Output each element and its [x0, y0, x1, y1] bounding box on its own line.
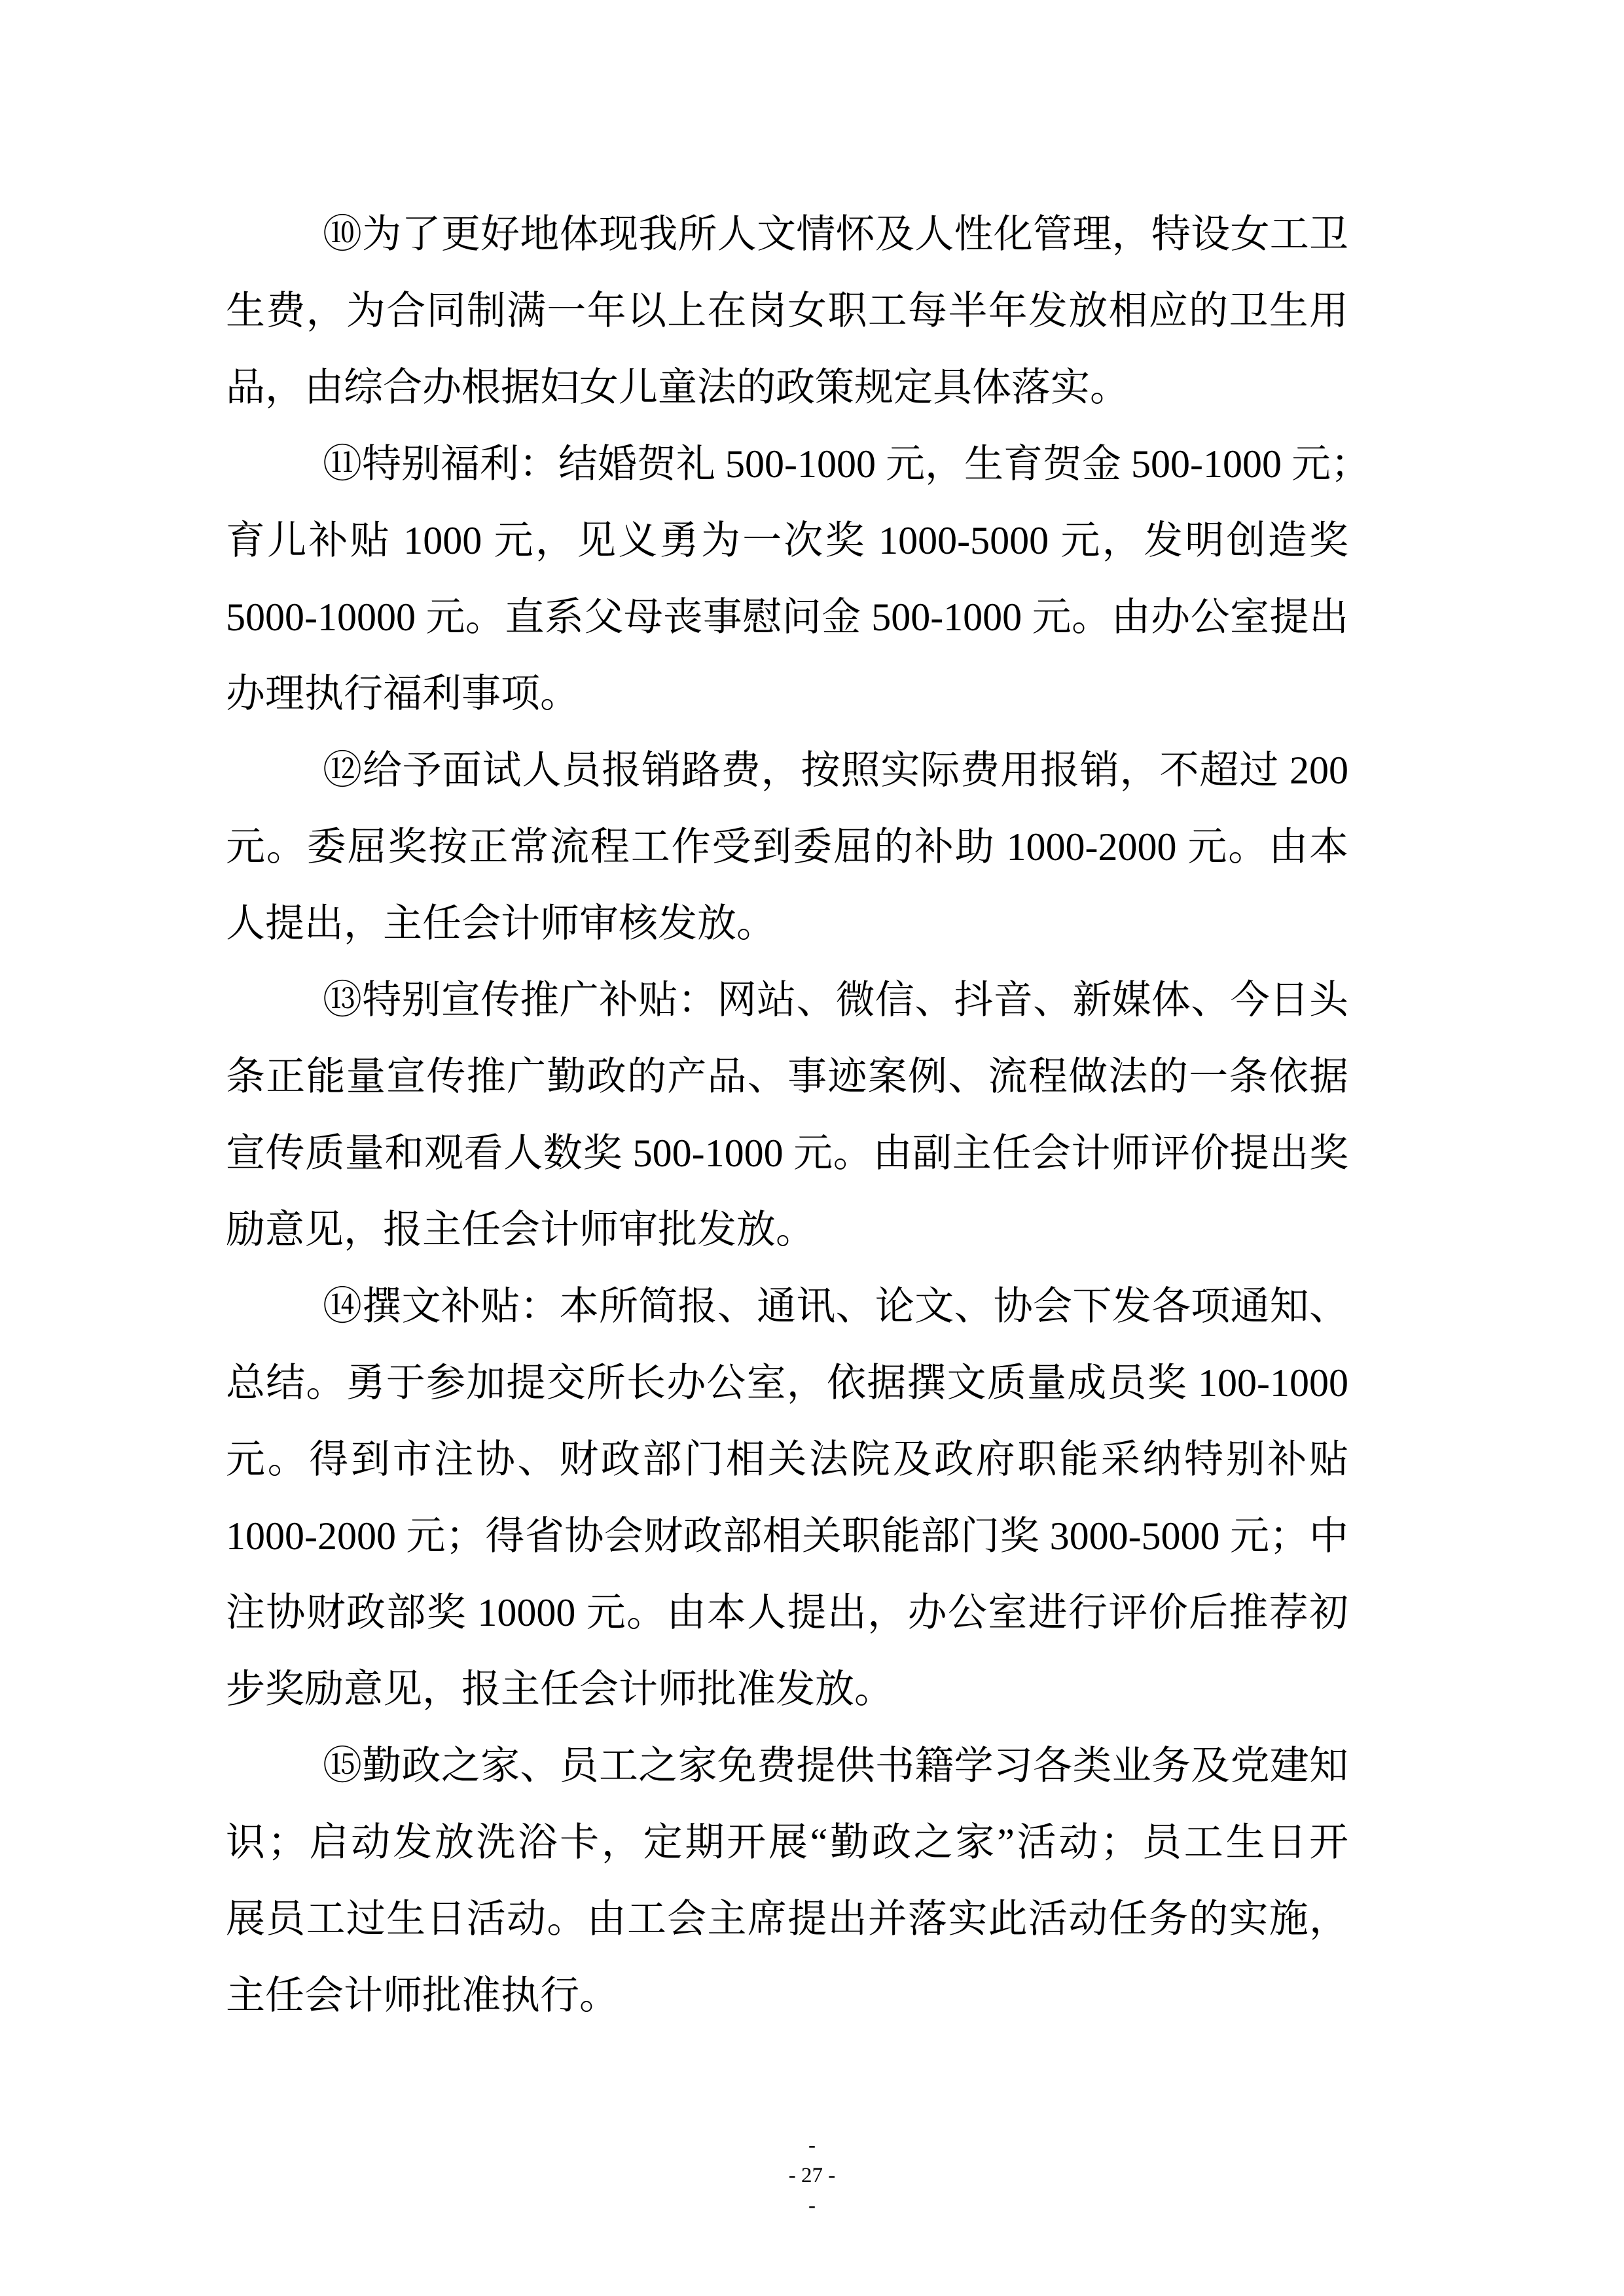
- text-line: 宣传质量和观看人数奖 500-1000 元。由副主任会计师评价提出奖: [226, 1115, 1348, 1192]
- document-page: ⑩为了更好地体现我所人文情怀及人性化管理，特设女工卫生费，为合同制满一年以上在岗…: [0, 0, 1624, 2296]
- text-line: ⑪特别福利：结婚贺礼 500-1000 元，生育贺金 500-1000 元；: [226, 426, 1348, 503]
- text-line: 励意见，报主任会计师审批发放。: [226, 1192, 1348, 1268]
- page-footer: - - 27 - -: [0, 2130, 1624, 2221]
- page-number: - 27 -: [0, 2161, 1624, 2191]
- text-line: 育儿补贴 1000 元，见义勇为一次奖 1000-5000 元，发明创造奖: [226, 503, 1348, 579]
- text-line: ⑮勤政之家、员工之家免费提供书籍学习各类业务及党建知: [226, 1728, 1348, 1804]
- text-line: ⑭撰文补贴：本所简报、通讯、论文、协会下发各项通知、: [226, 1268, 1348, 1345]
- text-line: ⑫给予面试人员报销路费，按照实际费用报销，不超过 200: [226, 732, 1348, 809]
- text-line: 办理执行福利事项。: [226, 656, 1348, 732]
- text-line: 生费，为合同制满一年以上在岗女职工每半年发放相应的卫生用: [226, 273, 1348, 350]
- paragraph-item-10: ⑩为了更好地体现我所人文情怀及人性化管理，特设女工卫生费，为合同制满一年以上在岗…: [226, 196, 1348, 426]
- paragraph-item-13: ⑬特别宣传推广补贴：网站、微信、抖音、新媒体、今日头条正能量宣传推广勤政的产品、…: [226, 962, 1348, 1268]
- paragraph-item-15: ⑮勤政之家、员工之家免费提供书籍学习各类业务及党建知识；启动发放洗浴卡，定期开展…: [226, 1728, 1348, 2034]
- text-line: ⑬特别宣传推广补贴：网站、微信、抖音、新媒体、今日头: [226, 962, 1348, 1039]
- text-line: 元。委屈奖按正常流程工作受到委屈的补助 1000-2000 元。由本: [226, 809, 1348, 886]
- text-line: 1000-2000 元；得省协会财政部相关职能部门奖 3000-5000 元；中: [226, 1498, 1348, 1575]
- footer-dash-bottom: -: [0, 2191, 1624, 2221]
- text-line: 元。得到市注协、财政部门相关法院及政府职能采纳特别补贴: [226, 1422, 1348, 1498]
- text-line: 5000-10000 元。直系父母丧事慰问金 500-1000 元。由办公室提出: [226, 579, 1348, 656]
- paragraph-item-11: ⑪特别福利：结婚贺礼 500-1000 元，生育贺金 500-1000 元；育儿…: [226, 426, 1348, 732]
- text-line: 总结。勇于参加提交所长办公室，依据撰文质量成员奖 100-1000: [226, 1345, 1348, 1422]
- text-line: 注协财政部奖 10000 元。由本人提出，办公室进行评价后推荐初: [226, 1575, 1348, 1651]
- document-body: ⑩为了更好地体现我所人文情怀及人性化管理，特设女工卫生费，为合同制满一年以上在岗…: [226, 196, 1348, 2034]
- paragraph-item-14: ⑭撰文补贴：本所简报、通讯、论文、协会下发各项通知、总结。勇于参加提交所长办公室…: [226, 1268, 1348, 1728]
- text-line: 识；启动发放洗浴卡，定期开展“勤政之家”活动；员工生日开: [226, 1804, 1348, 1881]
- text-line: 主任会计师批准执行。: [226, 1958, 1348, 2034]
- text-line: ⑩为了更好地体现我所人文情怀及人性化管理，特设女工卫: [226, 196, 1348, 273]
- text-line: 步奖励意见，报主任会计师批准发放。: [226, 1651, 1348, 1728]
- text-line: 品，由综合办根据妇女儿童法的政策规定具体落实。: [226, 350, 1348, 426]
- text-line: 人提出，主任会计师审核发放。: [226, 886, 1348, 962]
- text-line: 展员工过生日活动。由工会主席提出并落实此活动任务的实施，: [226, 1881, 1348, 1958]
- paragraph-item-12: ⑫给予面试人员报销路费，按照实际费用报销，不超过 200元。委屈奖按正常流程工作…: [226, 732, 1348, 962]
- text-line: 条正能量宣传推广勤政的产品、事迹案例、流程做法的一条依据: [226, 1039, 1348, 1115]
- footer-dash-top: -: [0, 2130, 1624, 2161]
